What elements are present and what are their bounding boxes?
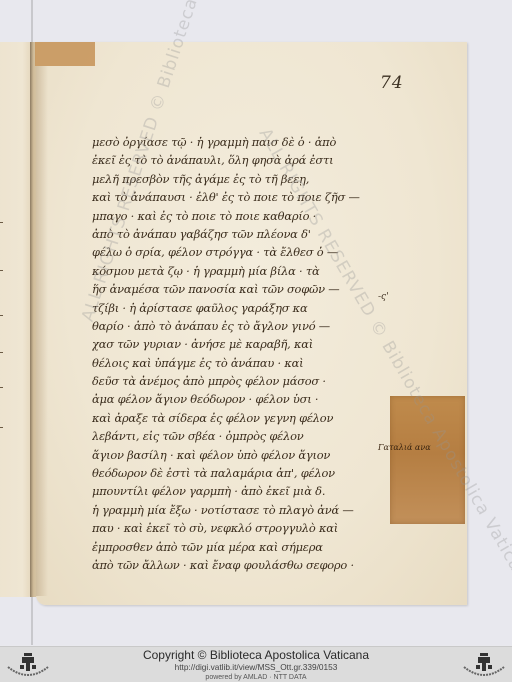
- powered-by: powered by AMLAD · NTT DATA: [0, 673, 512, 682]
- manuscript-line: καὶ ἀραξε τὰ σίδερα ἐς φέλον γεγνη φέλον: [92, 409, 382, 427]
- manuscript-line: παυ · καὶ ἐκεῖ τὸ σὺ, νεφκλό στρογγυλὸ κ…: [92, 519, 382, 537]
- vatican-library-seal-icon: [460, 649, 508, 681]
- permalink[interactable]: http://digi.vatlib.it/view/MSS_Ott.gr.33…: [0, 662, 512, 673]
- manuscript-viewer[interactable]: 74 μεσὸ ὀργίασε τῷ · ἡ γραμμὴ παισ δὲ ὁ …: [0, 0, 512, 645]
- manuscript-line: ἥσ ἀναμέσα τῶν πανοσία καὶ τῶν σοφῶν —: [92, 280, 382, 298]
- manuscript-line: λεβάντι, εἰς τῶν σβέα · ὀμπρὸς φέλον: [92, 427, 382, 445]
- manuscript-line: θεόδωρον δὲ ἐστὶ τὰ παλαμάρια ἀπ', φέλον: [92, 464, 382, 482]
- manuscript-line: ἀμα φέλον ἅγιον θεόδωρον · φέλον ὑσι ·: [92, 390, 382, 408]
- manuscript-line: θαρίο · ἀπὸ τὸ ἀνάπαυ ἐς τὸ ἄγλον γινό —: [92, 317, 382, 335]
- patch-annotation: Γαταλιά ανα: [378, 443, 431, 452]
- manuscript-line: μπαγο · καὶ ἐς τὸ ποιε τὸ ποιε καθαρίο ·: [92, 207, 382, 225]
- previous-folio-edge: [0, 42, 34, 597]
- manuscript-line: ἐμπροσθεν ἀπὸ τῶν μία μέρα καὶ σήμερα: [92, 538, 382, 556]
- paper-tab: [35, 42, 95, 66]
- folio-number: 74: [380, 73, 404, 93]
- manuscript-line: μπουντίλι φέλον γαρμπὴ · ἀπὸ ἐκεῖ μιὰ δ.: [92, 482, 382, 500]
- manuscript-line: θέλοις καὶ ὑπάγμε ἐς τὸ ἀνάπαυ · καὶ: [92, 354, 382, 372]
- manuscript-line: ἀπὸ τῶν ἄλλων · καὶ ἔναφ φουλάσθω σεφορο…: [92, 556, 382, 574]
- manuscript-line: ἅγιον βασίλη · καὶ φέλον ὑπὸ φέλον ἅγιον: [92, 446, 382, 464]
- margin-note: -ς': [378, 292, 389, 302]
- manuscript-line: ἡ γραμμὴ μία ἔξω · νοτίστασε τὸ πλαγὸ ἀν…: [92, 501, 382, 519]
- copyright-footer: Copyright © Biblioteca Apostolica Vatica…: [0, 646, 512, 682]
- copyright-text: Copyright © Biblioteca Apostolica Vatica…: [0, 648, 512, 662]
- manuscript-line: δεῦσ τὰ ἀνέμος ἀπὸ μπρὸς φέλον μάσοσ ·: [92, 372, 382, 390]
- folio-shadow: [36, 66, 48, 596]
- manuscript-line: τζίβι · ἡ ἀρίστασε φαῦλος γαράξησ κα: [92, 299, 382, 317]
- manuscript-line: χασ τῶν γυριαν · ἀνήσε μὲ καραβῆ, καὶ: [92, 335, 382, 353]
- vatican-library-seal-icon: [4, 649, 52, 681]
